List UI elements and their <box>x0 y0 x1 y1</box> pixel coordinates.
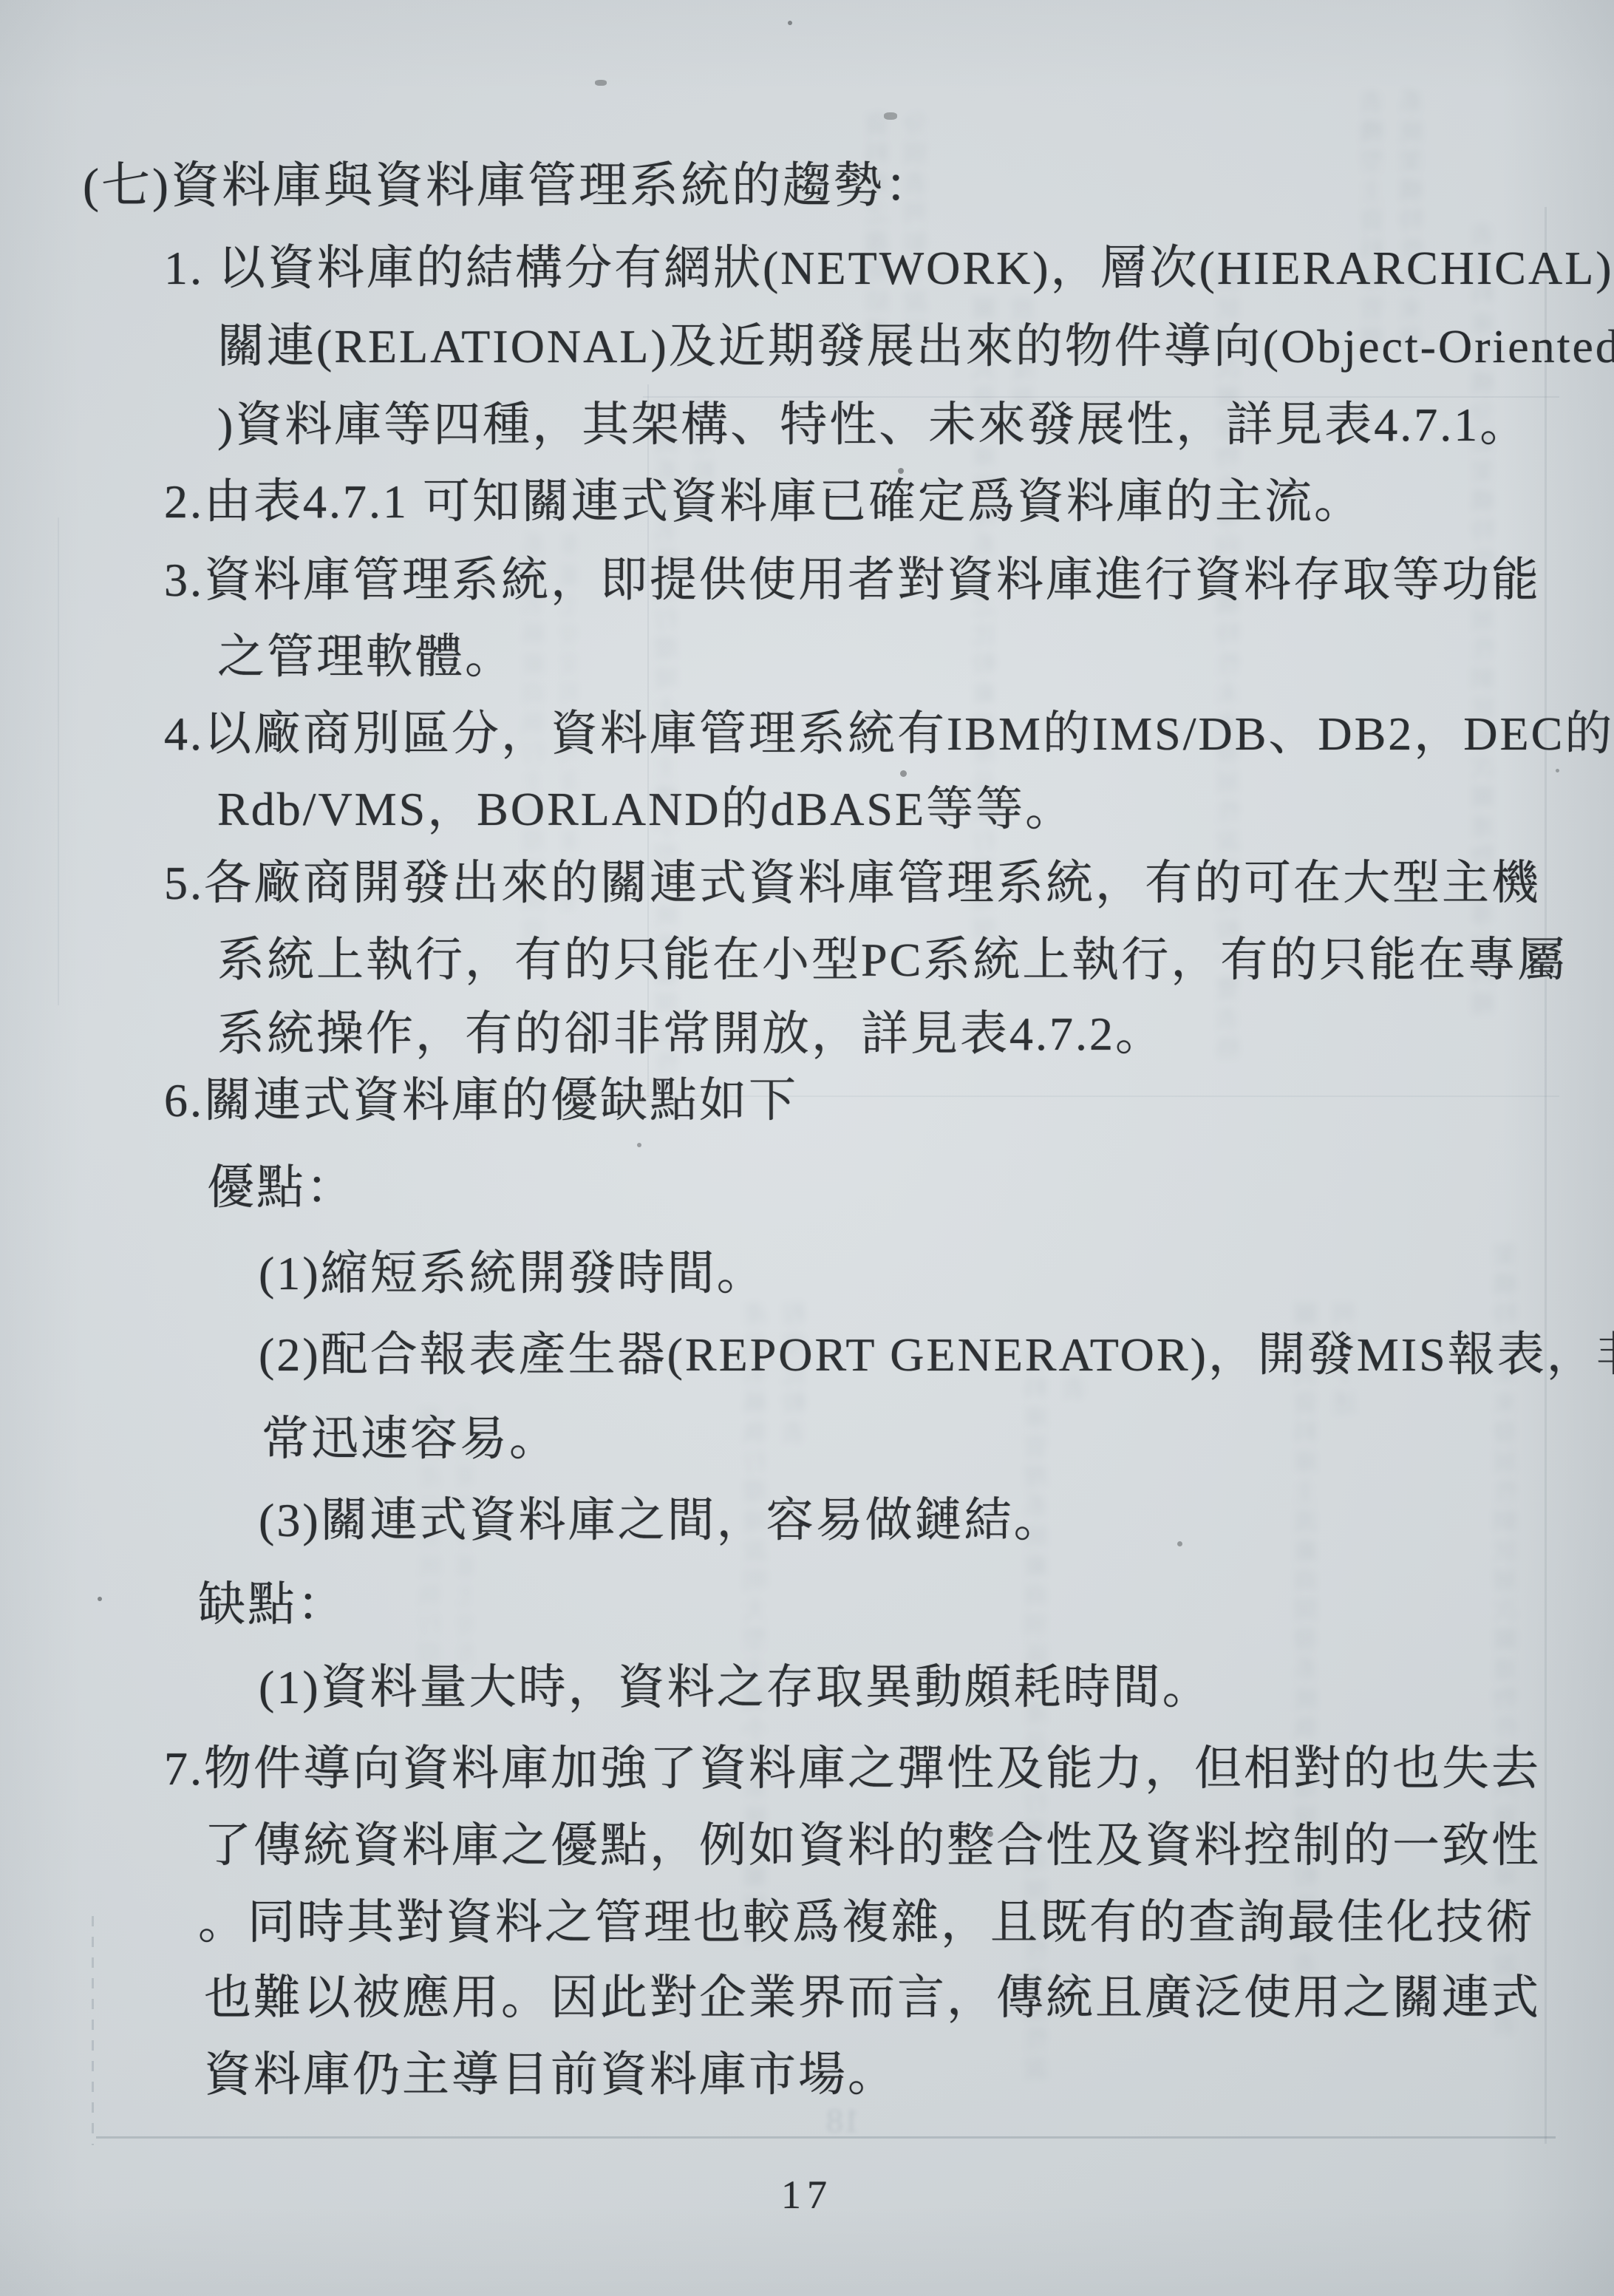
bleedthrough-rule-vertical-dashed <box>92 1916 94 2145</box>
text-line: 。同時其對資料之管理也較爲複雜，且既有的查詢最佳化技術 <box>198 1895 1535 1950</box>
ink-speck <box>898 468 904 474</box>
text-line: 也難以被應用。因此對企業界而言，傳統且廣泛使用之關連式 <box>204 1971 1541 2025</box>
ink-speck <box>884 112 897 120</box>
section-heading: (七)資料庫與資料庫管理系統的趨勢： <box>83 158 936 214</box>
text-line: Rdb/VMS，BORLAND的dBASE等等。 <box>217 782 1075 837</box>
text-line: 系統上執行，有的只能在小型PC系統上執行，有的只能在專屬 <box>217 933 1567 988</box>
text-line: (1)資料量大時，資料之存取異動頗耗時間。 <box>259 1660 1212 1715</box>
bleedthrough-page-number: 18 <box>826 2101 860 2140</box>
text-line: 關連(RELATIONAL)及近期發展出來的物件導向(Object-Orient… <box>217 319 1614 374</box>
ink-speck <box>1556 769 1559 772</box>
text-line: 4.以廠商別區分，資料庫管理系統有IBM的IMS/DB、DB2，DEC的 <box>164 707 1614 761</box>
text-line: 1. 以資料庫的結構分有網狀(NETWORK)，層次(HIERARCHICAL)… <box>164 241 1614 296</box>
bleedthrough-rule-vertical <box>1545 207 1547 2144</box>
ink-speck <box>788 21 792 25</box>
text-line: 之管理軟體。 <box>217 630 514 685</box>
text-line: 常迅速容易。 <box>262 1412 559 1467</box>
bleedthrough-ghost-text: 關連式資料庫主流廠商開發系統執行環境比較說明表列如下述 <box>1290 1301 1400 1996</box>
text-line: 6.關連式資料庫的優缺點如下 <box>164 1073 798 1128</box>
text-line: 5.各廠商開發出來的關連式資料庫管理系統，有的可在大型主機 <box>164 856 1541 911</box>
text-line: (2)配合報表產生器(REPORT GENERATOR)，開發MIS報表，非 <box>259 1328 1614 1382</box>
text-line: 2.由表4.7.1 可知關連式資料庫已確定爲資料庫的主流。 <box>164 475 1363 529</box>
ink-speck <box>637 1143 641 1147</box>
text-line: 3.資料庫管理系統，即提供使用者對資料庫進行資料存取等功能 <box>164 553 1541 608</box>
text-line: (1)縮短系統開發時間。 <box>259 1246 766 1301</box>
ink-speck <box>98 1597 102 1601</box>
text-line: 優點： <box>207 1161 355 1215</box>
text-line: 資料庫仍主導目前資料庫市場。 <box>204 2048 897 2102</box>
scanned-document-page: 表機型主資料庫管理系統架構特性未來發展網狀層次關連物件 資料庫之趨勢結構分別表列… <box>0 0 1614 2296</box>
text-line: 缺點： <box>198 1577 347 1632</box>
ink-speck <box>1177 1541 1182 1546</box>
text-line: 系統操作，有的卻非常開放，詳見表4.7.2。 <box>217 1007 1165 1062</box>
text-line: 7.物件導向資料庫加強了資料庫之彈性及能力，但相對的也失去 <box>164 1742 1541 1796</box>
ink-speck <box>900 770 907 777</box>
text-line: )資料庫等四種，其架構、特性、未來發展性，詳見表4.7.1。 <box>217 398 1529 452</box>
text-line: (3)關連式資料庫之間，容易做鏈結。 <box>259 1493 1063 1548</box>
text-line: 了傳統資料庫之優點，例如資料的整合性及資料控制的一致性 <box>204 1818 1541 1873</box>
bleedthrough-ghost-text: 資料庫之趨勢結構分別表列如下說明其特性與發展方向概述 <box>861 111 935 355</box>
bleedthrough-rule-vertical <box>58 517 59 1005</box>
ink-speck <box>595 80 607 86</box>
bleedthrough-ghost-text: 關連式資料庫管理系統之比較廠商產品執行環境開放程度說明 <box>968 296 1057 946</box>
page-number: 17 <box>0 2172 1614 2218</box>
